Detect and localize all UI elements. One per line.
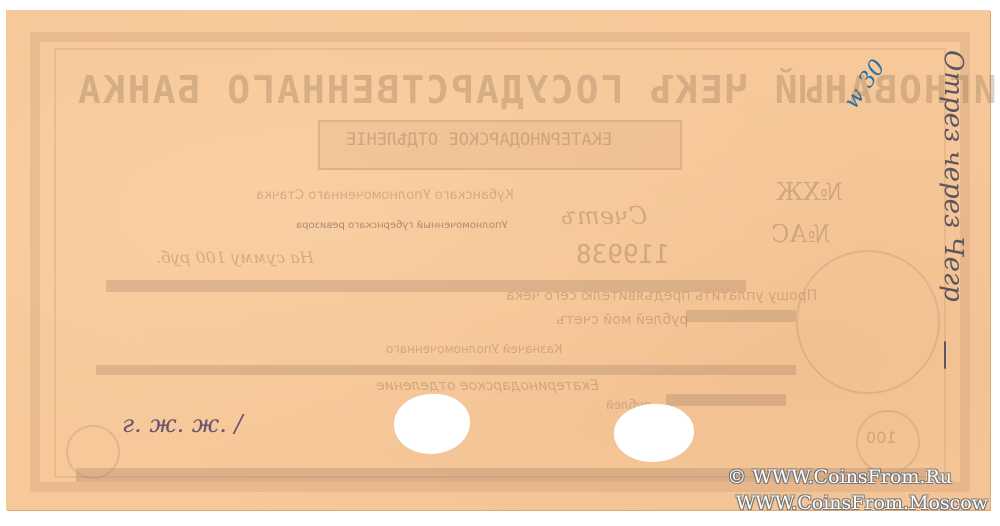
shaded-bar-3 <box>96 365 796 375</box>
seal-circle <box>796 250 940 394</box>
mirrored-serial-number: 119938 <box>576 240 670 270</box>
mirrored-body-2: рублей мой счетъ <box>556 312 688 328</box>
mirrored-body-1: Прошу уплатить предъявителю сего чека <box>506 288 817 304</box>
shaded-bar-2 <box>686 310 796 322</box>
mirrored-branch: ЕКАТЕРИНОДАРСКОЕ ОТДѢЛЕНІЕ <box>346 130 612 150</box>
left-denomination-circle <box>66 425 120 479</box>
pencil-dash: — <box>929 340 964 370</box>
mirrored-series-2: №АС <box>771 220 830 248</box>
mirrored-body-4: Екатеринодарское отделение <box>376 378 599 394</box>
mirrored-script: Счетъ <box>561 202 647 230</box>
mirrored-denomination: 100 <box>866 428 897 447</box>
mirrored-line-2: Уполномоченный губернскаго ревизора <box>296 220 508 231</box>
watermark-moscow: WWW.CoinsFrom.Moscow <box>736 492 988 514</box>
watermark-ru: © WWW.CoinsFrom.Ru <box>727 466 952 488</box>
mirrored-body-3: Казначей Уполномоченнаго <box>386 342 562 356</box>
cheque-paper: АССИГНОВАНЫЙ ЧЕКЪ ГОСУДАРСТВЕННАГО БАНКА… <box>6 10 990 510</box>
mirrored-line-3: На сумму 100 руб. <box>156 248 314 267</box>
shaded-bar-4 <box>666 394 786 406</box>
mirrored-line-1: Кубанскаго Уполномоченнаго Стачка <box>256 188 514 203</box>
pencil-note: Отрез через Чегр <box>938 50 968 302</box>
stamp-signature: г. ж. ж. / <box>122 410 243 438</box>
mirrored-series-1: №ХЖ <box>776 178 843 206</box>
